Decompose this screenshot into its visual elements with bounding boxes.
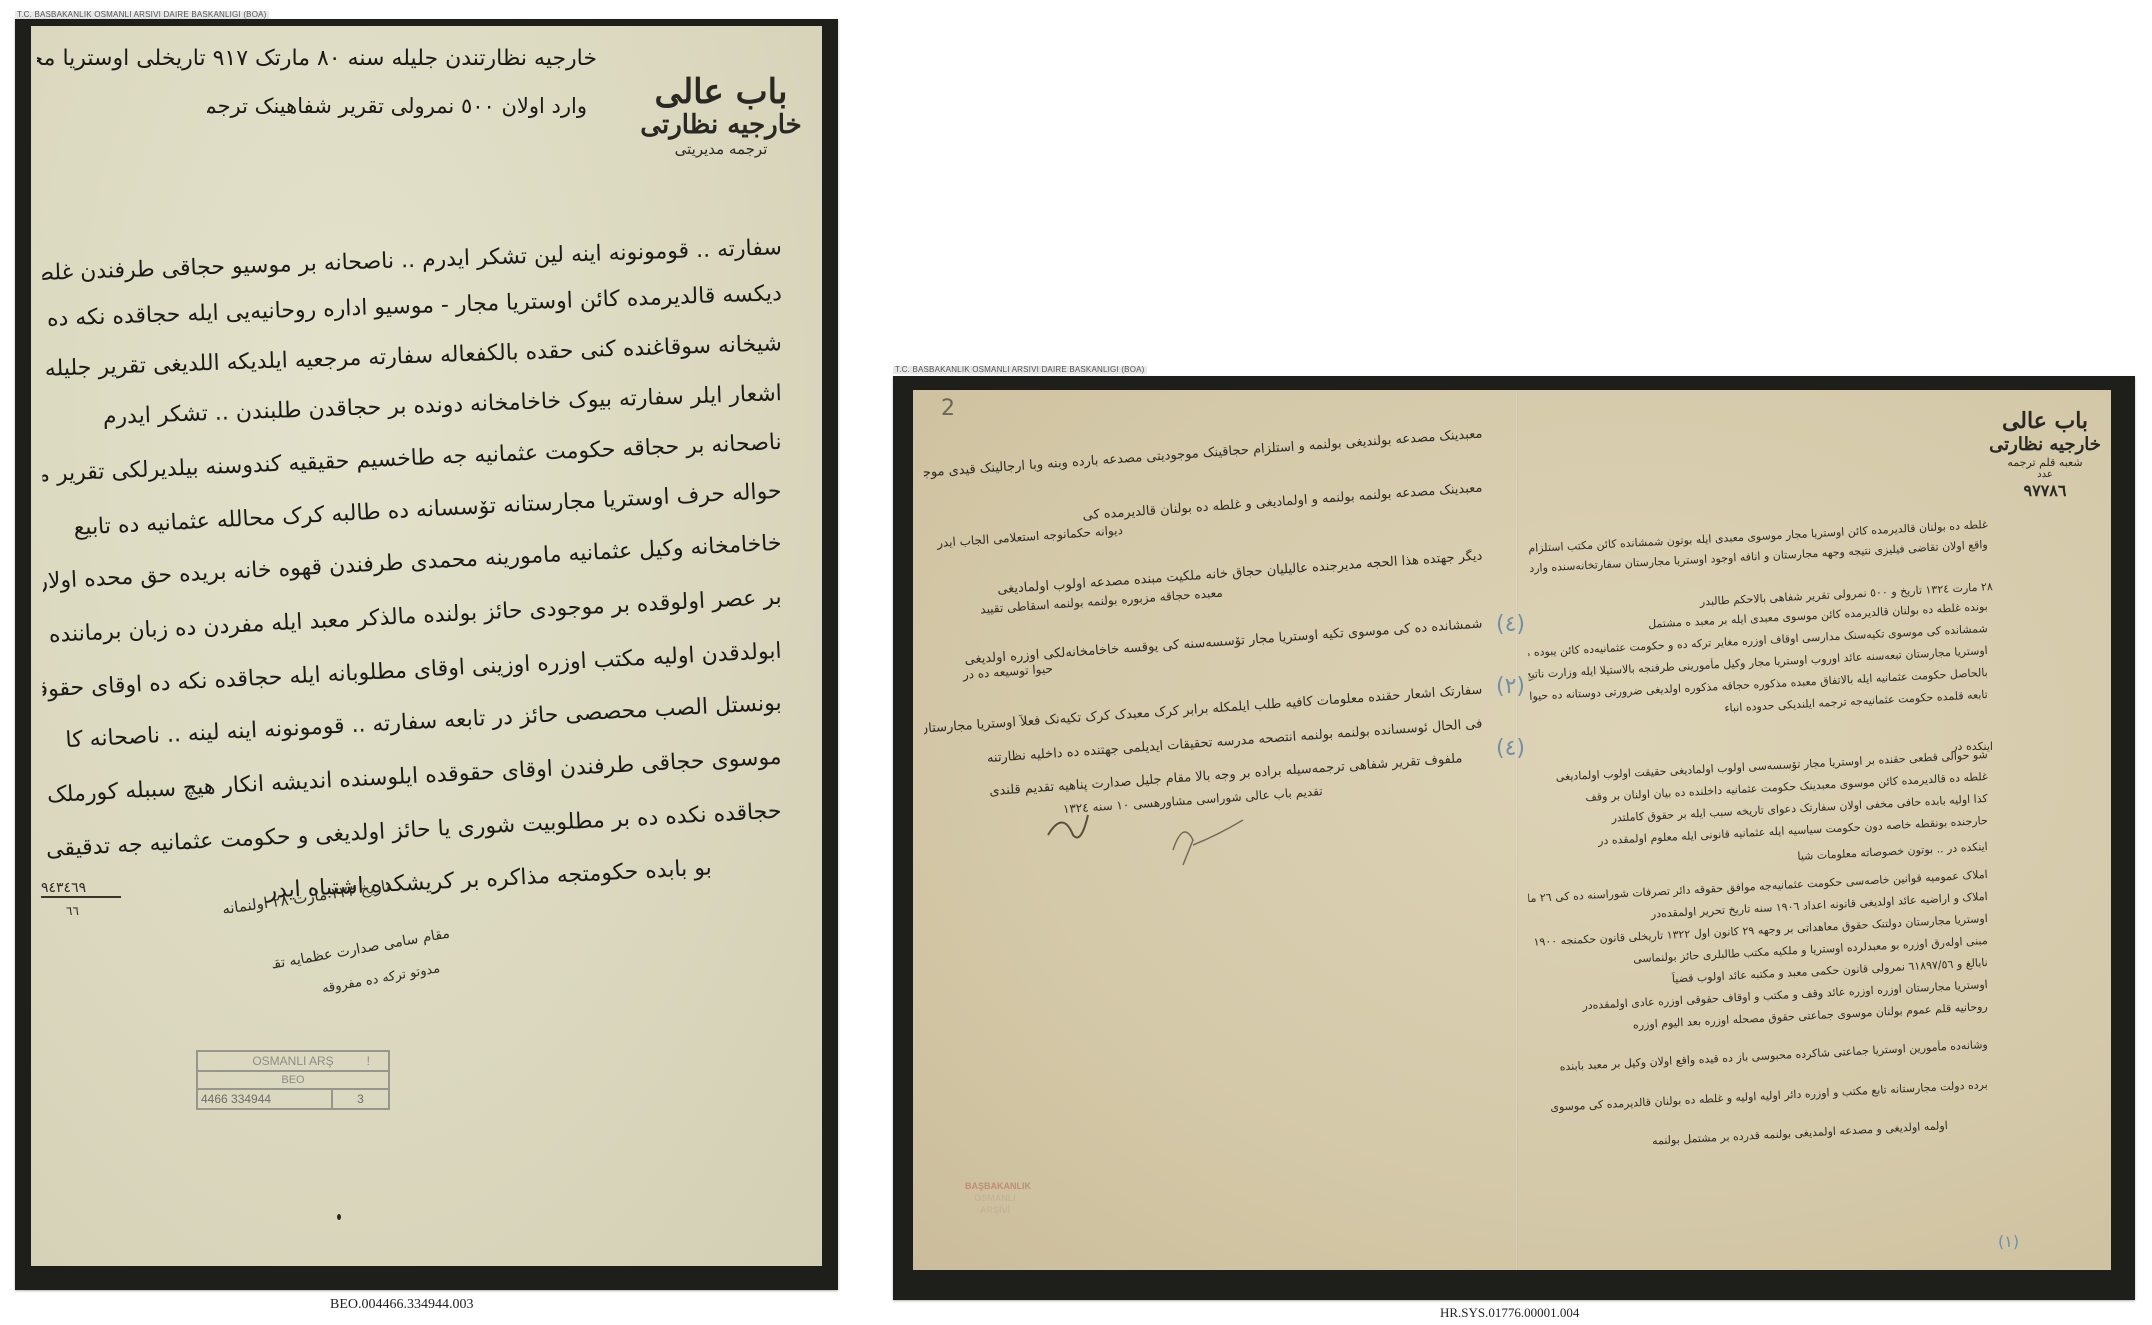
text-line: برده دولت مجارستانه تابع مکتب و اوزره دا… bbox=[1528, 1078, 1988, 1115]
left-archive-header: T.C. BASBAKANLIK OSMANLI ARSIVI DAIRE BA… bbox=[15, 11, 269, 19]
document-number: ٩٧٧٨٦ bbox=[1985, 481, 2105, 501]
text-line: وشانه‌ده مأمورین اوستریا جماعتی شاکرده م… bbox=[1528, 1038, 1988, 1075]
body-line: دیکسه قالدیرمده کائن اوستریا مجار - موسی… bbox=[42, 281, 782, 332]
letterhead-count-label: عدد bbox=[1985, 469, 2105, 481]
stamp-mark: ! bbox=[367, 1052, 370, 1070]
ink-dot bbox=[337, 1214, 341, 1220]
stamp-fond-code: BEO bbox=[198, 1072, 388, 1090]
body-line: خاخامخانه وکیل عثمانیه مامورینه محمدی طر… bbox=[42, 531, 782, 595]
right-document-page: 2 باب عالی خارجیه نظارتی شعبه قلم ترجمه … bbox=[913, 390, 2111, 1270]
text-line: شمشانده ده کی موسوی تکیه اوستریا مجار تۆ… bbox=[923, 616, 1483, 670]
text-line: اولمه اولدیغی و مصدعه اولمدیغی بولنمه قد… bbox=[1528, 1119, 1948, 1154]
left-document-page: باب عالی خارجیه نظارتی ترجمه مدیریتی خار… bbox=[31, 26, 822, 1266]
right-document-caption: HR.SYS.01776.00001.004 bbox=[1440, 1305, 1579, 1321]
red-stamp-line-3: ARŞİVİ bbox=[965, 1204, 1025, 1216]
tughra-emblem: باب عالی bbox=[1985, 408, 2105, 434]
red-stamp-line-1: BAŞBAKANLIK bbox=[965, 1180, 1025, 1192]
body-line: سفارته .. قومونونه اینه لین تشکر ایدرم .… bbox=[42, 235, 782, 286]
body-line: ناصحانه بر حجاقه حکومت عثمانیه جه طاخسیم… bbox=[42, 430, 782, 487]
stamp-page-number: 3 bbox=[333, 1090, 388, 1108]
margin-marker-1: (٤) bbox=[1496, 612, 1525, 637]
letterhead-title: خارجیه نظارتی bbox=[1985, 434, 2105, 456]
margin-marker-3: (٤) bbox=[1496, 736, 1525, 761]
signature-marks bbox=[1043, 790, 1283, 870]
margin-marker-2: (٢) bbox=[1496, 674, 1525, 699]
red-stamp-line-2: OSMANLI bbox=[965, 1192, 1025, 1204]
letterhead-title: خارجیه نظارتی bbox=[621, 110, 821, 140]
text-line: معبدینک مصدعه بولنمه بولنمه و اولمادیغی … bbox=[923, 480, 1483, 534]
left-document-caption: BEO.004466.334944.003 bbox=[330, 1297, 474, 1313]
body-line: بونستل الصب محصصی حائز در تابعه سفارته .… bbox=[42, 691, 782, 755]
page-fold-line bbox=[1515, 390, 1518, 1270]
body-line: حجاقده نکده ده بر مطلوبیت شوری یا حائز ا… bbox=[42, 799, 782, 863]
reference-sub: ٦٦ bbox=[66, 904, 106, 918]
body-line: ابولدقدن اولیه مکتب اوزره اوزینی اوقای م… bbox=[42, 639, 782, 703]
header-line-1: خارجیه نظارتندن جلیله سنه ٨٠ مارتک ٩١٧ ت… bbox=[37, 46, 597, 71]
margin-marker-4: (١) bbox=[1998, 1232, 2019, 1251]
archive-stamp: OSMANLI ARŞ ! BEO 4466 334944 3 bbox=[196, 1050, 390, 1110]
right-letterhead: باب عالی خارجیه نظارتی شعبه قلم ترجمه عد… bbox=[1985, 408, 2105, 501]
right-archive-header: T.C. BASBAKANLIK OSMANLI ARSIVI DAIRE BA… bbox=[893, 366, 1147, 374]
letterhead-subtitle: ترجمه مدیریتی bbox=[621, 140, 821, 158]
body-line: اشعار ایلر سفارته بیوک خاخامخانه دونده ب… bbox=[42, 381, 782, 432]
pencil-page-number: 2 bbox=[941, 396, 955, 421]
letterhead-subtitle: شعبه قلم ترجمه bbox=[1985, 456, 2105, 469]
body-line: شیخانه سوقاغنده کنی حقده بالکفعاله سفارت… bbox=[42, 331, 782, 382]
stamp-file-number: 4466 334944 bbox=[198, 1090, 333, 1108]
body-line: بر عصر اولوقده بر موجودی حائز بولنده مال… bbox=[42, 585, 782, 649]
stamp-archive-name: OSMANLI ARŞ bbox=[252, 1054, 333, 1068]
archive-red-stamp: BAŞBAKANLIK OSMANLI ARŞİVİ bbox=[965, 1180, 1025, 1216]
body-line: موسوی حجاقی طرفندن اوقای حقوقده ایلوسنده… bbox=[42, 745, 782, 809]
footer-line-3: مدوتو ترکه ده مفروقه bbox=[291, 961, 441, 1002]
left-letterhead: باب عالی خارجیه نظارتی ترجمه مدیریتی bbox=[621, 74, 821, 158]
reference-number: ٩٤٣٤٦٩ bbox=[41, 880, 121, 898]
tughra-emblem: باب عالی bbox=[621, 74, 821, 110]
body-line: حواله حرف اوستریا مجارستانه تۆسسانه ده ط… bbox=[42, 479, 782, 543]
text-line: معبدینک مصدعه بولندیغی بولنمه و استلزام … bbox=[923, 426, 1483, 480]
header-line-2: وارد اولان ٥٠٠ نمرولی تقریر شفاهینک ترجم… bbox=[207, 94, 587, 118]
